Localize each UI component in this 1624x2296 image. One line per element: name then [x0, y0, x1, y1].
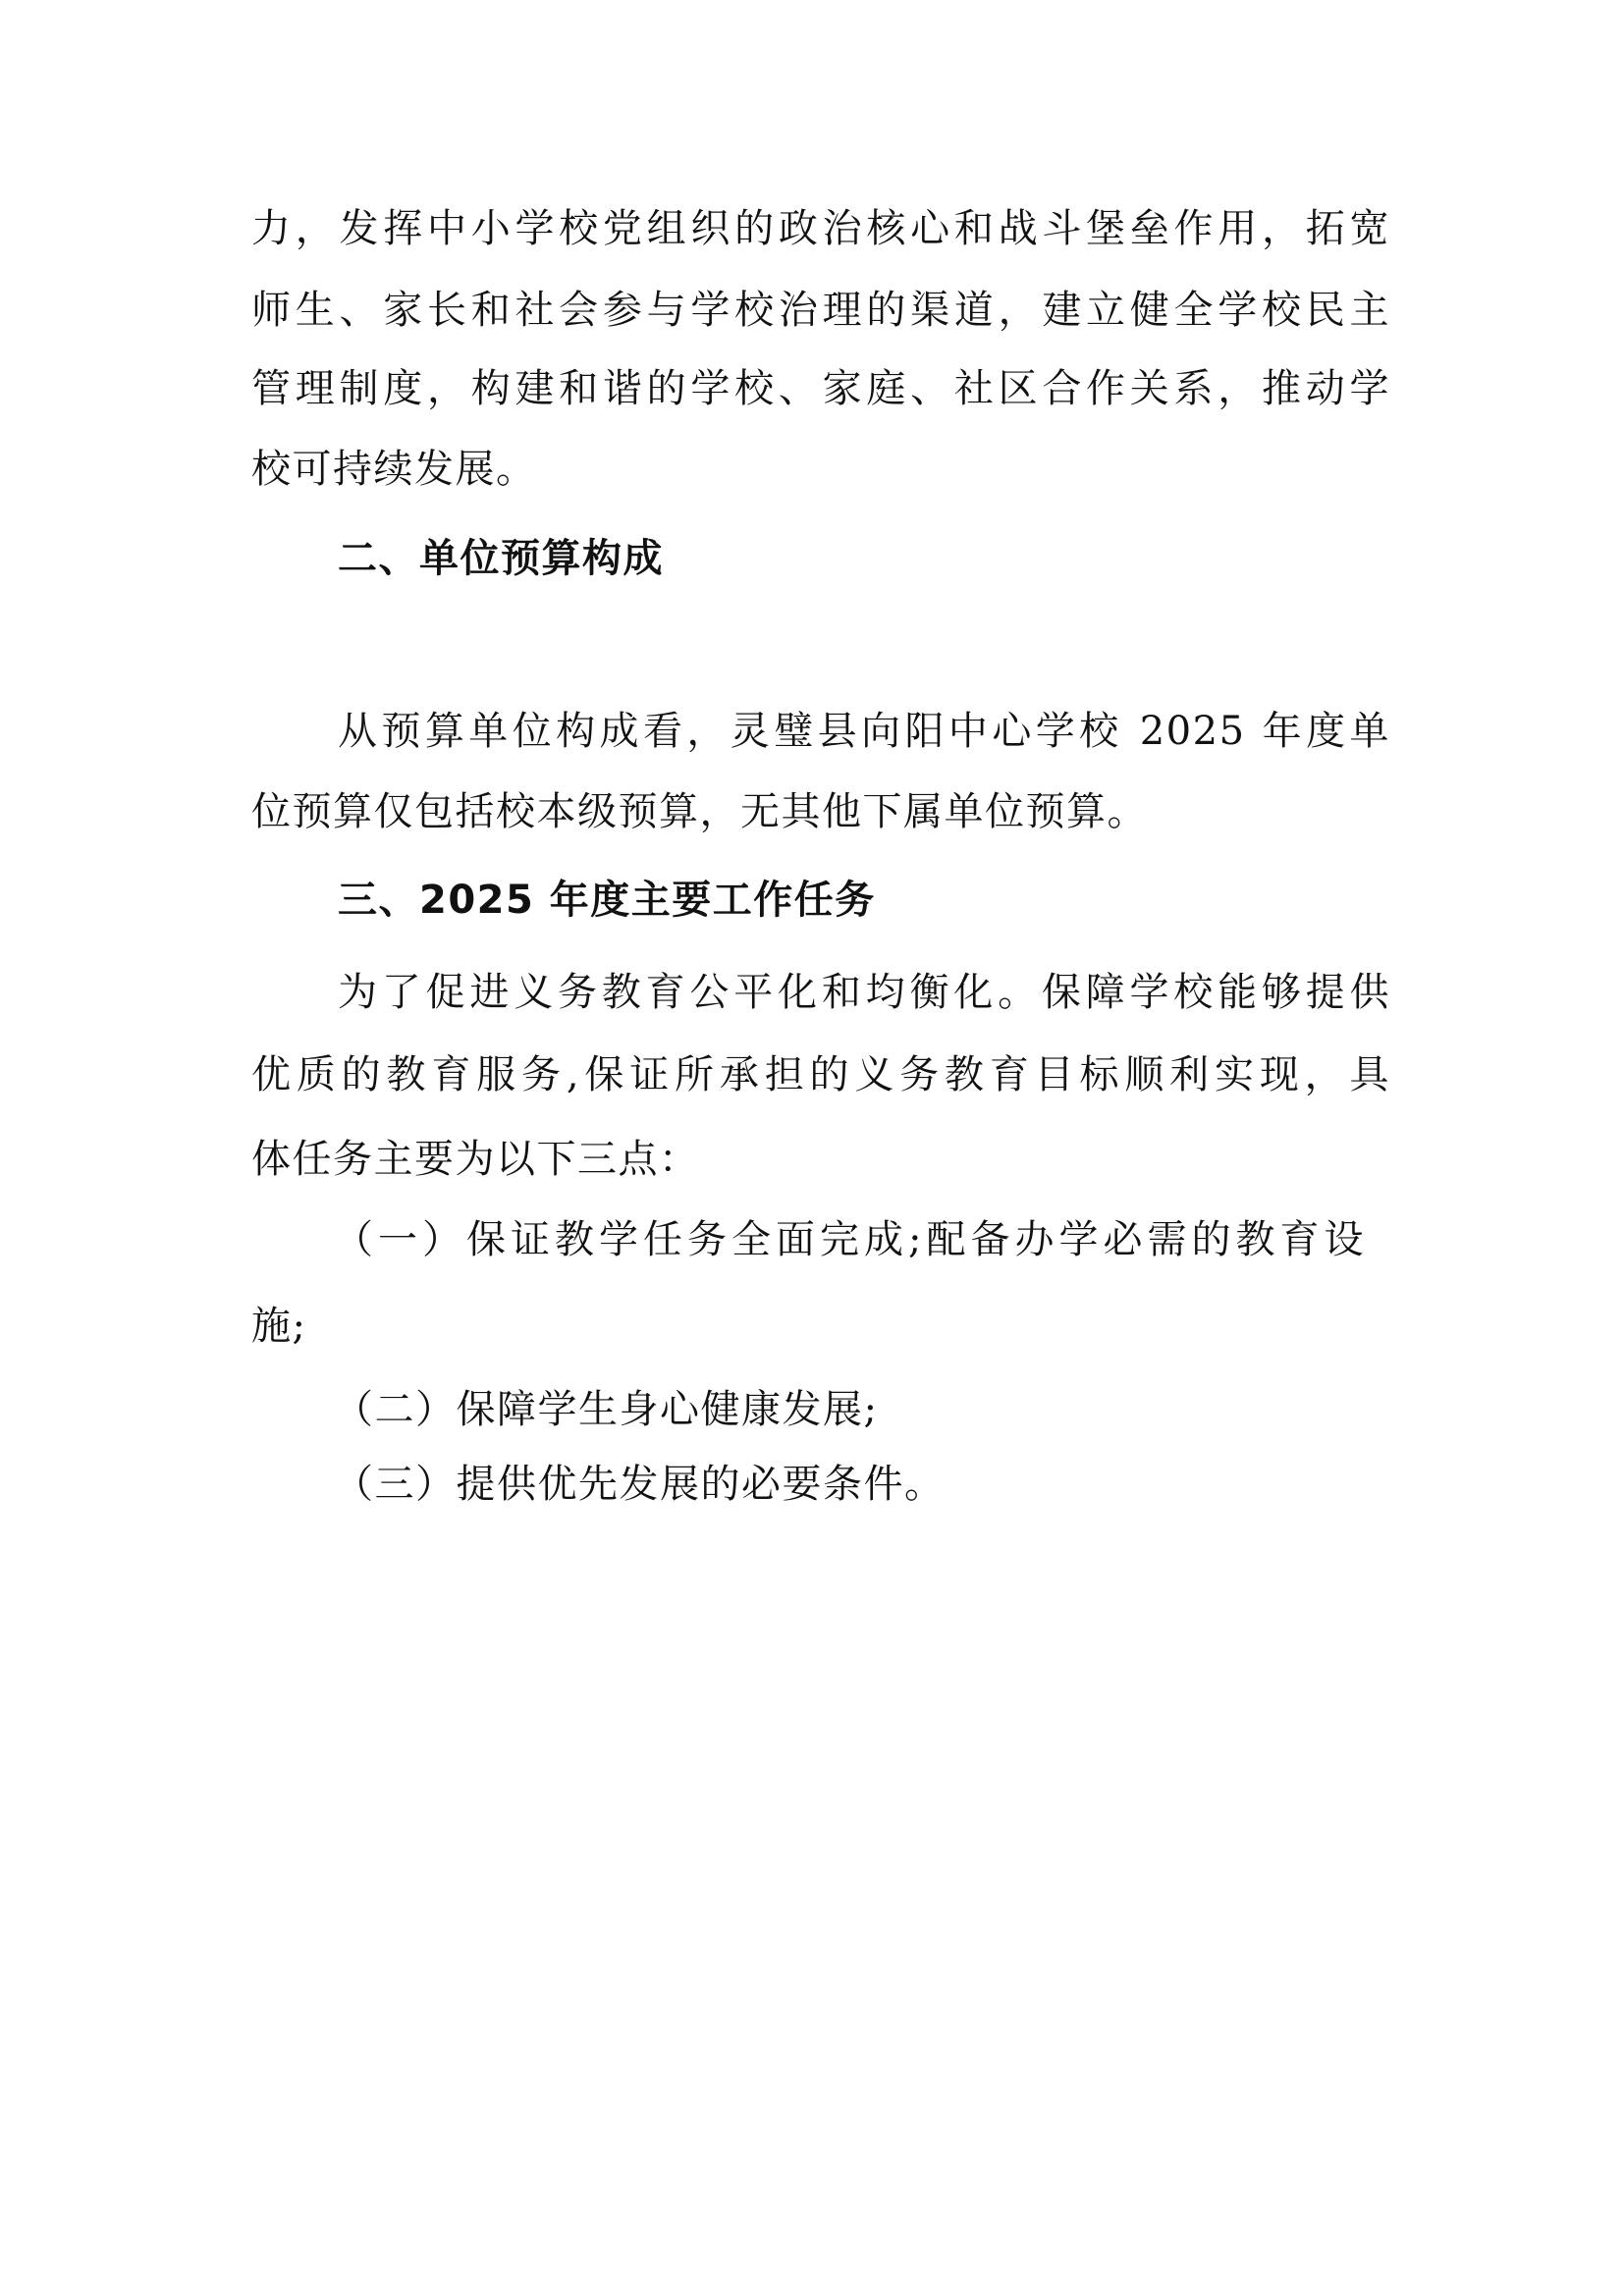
- paragraph-line: 管理制度，构建和谐的学校、家庭、社区合作关系，推动学: [251, 365, 1390, 412]
- task-item-1: （一）保证教学任务全面完成;配备办学必需的教育设: [334, 1216, 1365, 1263]
- section-heading-2: 二、单位预算构成: [338, 535, 1390, 582]
- paragraph-line: 力，发挥中小学校党组织的政治核心和战斗堡垒作用，拓宽: [251, 205, 1390, 252]
- paragraph-line: 体任务主要为以下三点：: [251, 1136, 1390, 1183]
- paragraph-line: 位预算仅包括校本级预算，无其他下属单位预算。: [251, 788, 1390, 835]
- paragraph-line: 优质的教育服务,保证所承担的义务教育目标顺利实现，具: [251, 1051, 1390, 1098]
- paragraph-line: 校可持续发展。: [251, 446, 1390, 493]
- task-item-3: （三）提供优先发展的必要条件。: [334, 1461, 1473, 1508]
- section-heading-3: 三、2025 年度主要工作任务: [338, 877, 1390, 924]
- task-item-2: （二）保障学生身心健康发展;: [334, 1386, 1473, 1433]
- paragraph-line: 从预算单位构成看，灵璧县向阳中心学校 2025 年度单: [338, 708, 1390, 755]
- task-item-1-cont: 施;: [251, 1303, 1390, 1350]
- paragraph-line: 为了促进义务教育公平化和均衡化。保障学校能够提供: [338, 969, 1390, 1016]
- paragraph-line: 师生、家长和社会参与学校治理的渠道，建立健全学校民主: [251, 287, 1390, 334]
